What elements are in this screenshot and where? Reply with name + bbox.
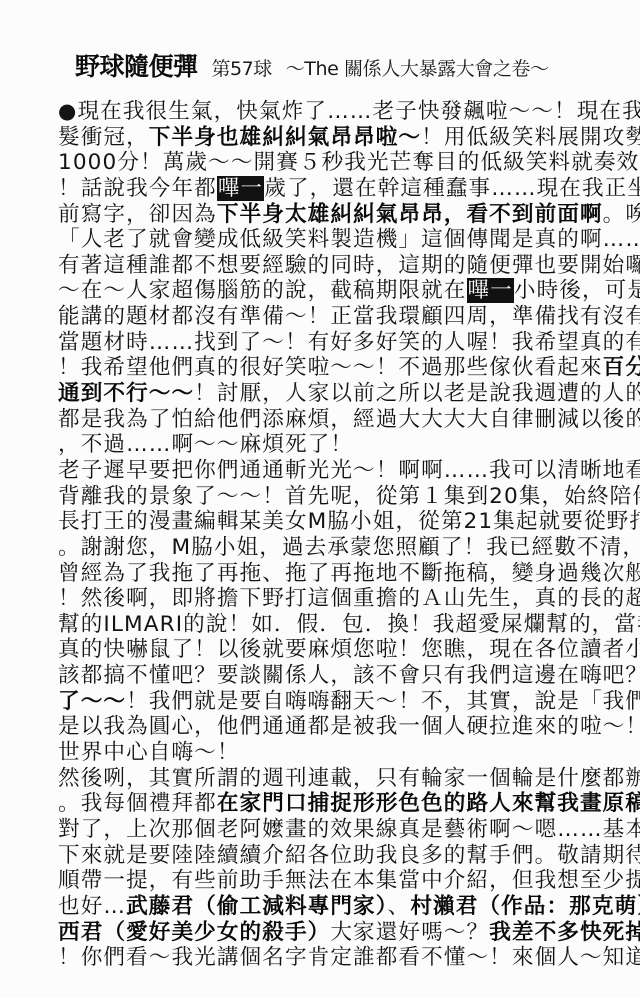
text-segment: 世界中心自嗨～！ [58,740,240,765]
text-segment: 該都搞不懂吧？要談關係人，該不會只有我們這邊在嗨吧？ [58,663,640,688]
text-line: 幫的ILMARI的說！如．假．包．換！我超愛屎爛幫的，當我看到他 [58,612,603,638]
text-segment: 下來就是要陸陸續續介紹各位助我良多的幫手們。敬請期待！ [58,843,640,868]
text-line: 當題材時……找到了～！有好多好笑的人喔！我希望真的有很多啦 [58,330,603,356]
page-header: 野球隨便彈 第57球 ～The 關係人大暴露大會之卷～ [75,47,549,77]
text-segment: ！用低級笑料展開攻勢，得到 [421,125,640,150]
text-segment: 對了，上次那個老阿嬤畫的效果線真是藝術啊～嗯……基本上，接 [58,817,640,842]
text-segment: 。唉，原來 [603,202,640,227]
text-line: 1000分！萬歲～～開賽５秒我光芒奪目的低級笑料就奏效得分了～ [58,150,603,176]
text-line: 都是我為了怕給他們添麻煩，經過大大大大自律刪減以後的結果喔 [58,407,603,433]
emphasis-text: 我差不多快死掉了喔～ [489,920,640,945]
emphasis-text: 百分之百普 [603,355,640,380]
text-line: 背離我的景象了～～！首先呢，從第１集到20集，始終陪伴著野球 [58,484,603,510]
text-segment: 小時後，可是我連點 [514,278,640,303]
text-segment: 是以我為圓心，他們通通都是被我一個人硬拉進來的啦～！我要在 [58,714,640,739]
text-segment: 順帶一提，有些前助手無法在本集當中介紹，但我想至少提個名字 [58,868,640,893]
bullet-icon: ● [58,99,77,123]
text-line: 通到不行～～！討厭，人家以前之所以老是說我週遭的人的壞話， [58,381,603,407]
text-segment: 歲了，還在幹這種蠢事……現在我正坐在書桌 [264,176,640,201]
chapter-number: 第57球 [212,54,272,81]
censored-text: 嗶一 [467,278,514,303]
text-segment: 長打王的漫畫編輯某美女M脇小姐，從第21集起就要從野打畢業囉 [58,509,640,534]
text-line: ！你們看～我光講個名字肯定誰都看不懂～！來個人～知道吧～！ [58,945,603,971]
text-line: 下來就是要陸陸續續介紹各位助我良多的幫手們。敬請期待！ [58,843,603,869]
text-segment: 真的快嚇鼠了！以後就要麻煩您啦！您瞧，現在各位讀者小朋友應 [58,637,640,662]
emphasis-text: 下半身也雄糾糾氣昂昂啦～ [149,125,421,150]
text-segment: 現在我很生氣，快氣炸了……老子快發飆啦～～！現在我不但怒 [77,99,640,124]
text-segment: 髮衝冠， [58,125,149,150]
text-segment: ！我們就是要自嗨嗨翻天～！不，其實，說是「我們」，都 [126,689,640,714]
text-segment: 然後咧，其實所謂的週刊連載，只有輪家一個輪是什麼都辦不到的 [58,766,640,791]
text-line: 了～～！我們就是要自嗨嗨翻天～！不，其實，說是「我們」，都 [58,689,603,715]
text-segment: 前寫字，卻因為 [58,202,217,227]
text-line: 該都搞不懂吧？要談關係人，該不會只有我們這邊在嗨吧？你猜對 [58,663,603,689]
text-line: ！我希望他們真的很好笑啦～～！不過那些傢伙看起來百分之百普 [58,355,603,381]
emphasis-text: 下半身太雄糾糾氣昂昂，看不到前面啊 [217,202,603,227]
text-line: 順帶一提，有些前助手無法在本集當中介紹，但我想至少提個名字 [58,868,603,894]
text-line: 老子遲早要把你們通通斬光光～！啊啊……我可以清晰地看到大家 [58,458,603,484]
text-segment: ！話說我今年都 [58,176,217,201]
text-line: 前寫字，卻因為下半身太雄糾糾氣昂昂，看不到前面啊。唉，原來 [58,202,603,228]
text-segment: 老子遲早要把你們通通斬光光～！啊啊……我可以清晰地看到大家 [58,458,640,483]
text-segment: ～在～人家超傷腦筋的說，截稿期限就在 [58,278,467,303]
text-segment: ！討厭，人家以前之所以老是說我週遭的人的壞話， [194,381,640,406]
emphasis-text: 通到不行～～ [58,381,194,406]
text-line: 真的快嚇鼠了！以後就要麻煩您啦！您瞧，現在各位讀者小朋友應 [58,637,603,663]
text-segment: 、 [388,894,411,919]
text-segment: 。謝謝您，M脇小姐，過去承蒙您照顧了！我已經數不清，您到底 [58,535,640,560]
text-line: 「人老了就會變成低級笑料製造機」這個傳聞是真的啊……就在我 [58,227,603,253]
text-line: 有著這種誰都不想要經驗的同時，這期的隨便彈也要開始囉～！現 [58,253,603,279]
text-line: 然後咧，其實所謂的週刊連載，只有輪家一個輪是什麼都辦不到的 [58,766,603,792]
text-line: 。我每個禮拜都在家門口捕捉形形色色的路人來幫我畫原稿，對了 [58,791,603,817]
text-segment: 能講的題材都沒有準備～！正當我環顧四周，準備找有沒有東西能 [58,304,640,329]
text-segment: ！然後啊，即將擔下野打這個重擔的Ａ山先生，真的長的超像屎爛 [58,586,640,611]
text-segment: 「人老了就會變成低級笑料製造機」這個傳聞是真的啊……就在我 [58,227,640,252]
text-segment: 有著這種誰都不想要經驗的同時，這期的隨便彈也要開始囉～！現 [58,253,640,278]
series-title: 野球隨便彈 [75,47,198,83]
text-segment: 也好… [58,894,126,919]
text-segment: 大家還好嗎～？ [330,920,489,945]
emphasis-text: 在家門口捕捉形形色色的路人來幫我畫原稿 [217,791,640,816]
text-line: ！然後啊，即將擔下野打這個重擔的Ａ山先生，真的長的超像屎爛 [58,586,603,612]
document-page: 野球隨便彈 第57球 ～The 關係人大暴露大會之卷～ ●現在我很生氣，快氣炸了… [0,0,640,998]
text-line: 西君（愛好美少女的殺手）大家還好嗎～？我差不多快死掉了喔～ [58,920,603,946]
text-segment: ！我希望他們真的很好笑啦～～！不過那些傢伙看起來 [58,355,603,380]
text-line: 世界中心自嗨～！ [58,740,603,766]
text-line: ，不過……啊～～麻煩死了！ [58,432,603,458]
emphasis-text: 武藤君（偷工減料專門家） [126,894,388,919]
text-line: 對了，上次那個老阿嬤畫的效果線真是藝術啊～嗯……基本上，接 [58,817,603,843]
text-line: ～在～人家超傷腦筋的說，截稿期限就在嗶一小時後，可是我連點 [58,278,603,304]
text-line: 曾經為了我拖了再拖、拖了再拖地不斷拖稿，變身過幾次般若了呢 [58,561,603,587]
text-line: 長打王的漫畫編輯某美女M脇小姐，從第21集起就要從野打畢業囉 [58,509,603,535]
text-segment: ！你們看～我光講個名字肯定誰都看不懂～！來個人～知道吧～！ [58,945,640,970]
text-line: ！話說我今年都嗶一歲了，還在幹這種蠢事……現在我正坐在書桌 [58,176,603,202]
text-line: 能講的題材都沒有準備～！正當我環顧四周，準備找有沒有東西能 [58,304,603,330]
text-line: 髮衝冠，下半身也雄糾糾氣昂昂啦～！用低級笑料展開攻勢，得到 [58,125,603,151]
text-segment: 曾經為了我拖了再拖、拖了再拖地不斷拖稿，變身過幾次般若了呢 [58,561,640,586]
emphasis-text: 西君（愛好美少女的殺手） [58,920,330,945]
text-line: 是以我為圓心，他們通通都是被我一個人硬拉進來的啦～！我要在 [58,714,603,740]
text-segment: ，不過……啊～～麻煩死了！ [58,432,353,457]
text-segment: 都是我為了怕給他們添麻煩，經過大大大大自律刪減以後的結果喔 [58,407,640,432]
emphasis-text: 村瀨君（作品：那克萌） [410,894,640,919]
text-line: ●現在我很生氣，快氣炸了……老子快發飆啦～～！現在我不但怒 [58,99,603,125]
text-segment: 背離我的景象了～～！首先呢，從第１集到20集，始終陪伴著野球 [58,484,640,509]
text-segment: 。我每個禮拜都 [58,791,217,816]
chapter-subtitle: ～The 關係人大暴露大會之卷～ [286,54,549,81]
emphasis-text: 了～～ [58,689,126,714]
text-line: 。謝謝您，M脇小姐，過去承蒙您照顧了！我已經數不清，您到底 [58,535,603,561]
text-segment: 1000分！萬歲～～開賽５秒我光芒奪目的低級笑料就奏效得分了～ [58,150,640,175]
text-segment: 當題材時……找到了～！有好多好笑的人喔！我希望真的有很多啦 [58,330,640,355]
body-text: ●現在我很生氣，快氣炸了……老子快發飆啦～～！現在我不但怒髮衝冠，下半身也雄糾糾… [58,99,603,971]
text-line: 也好…武藤君（偷工減料專門家）、村瀨君（作品：那克萌）、大 [58,894,603,920]
censored-text: 嗶一 [217,176,264,201]
text-segment: 幫的ILMARI的說！如．假．包．換！我超愛屎爛幫的，當我看到他 [58,612,640,637]
